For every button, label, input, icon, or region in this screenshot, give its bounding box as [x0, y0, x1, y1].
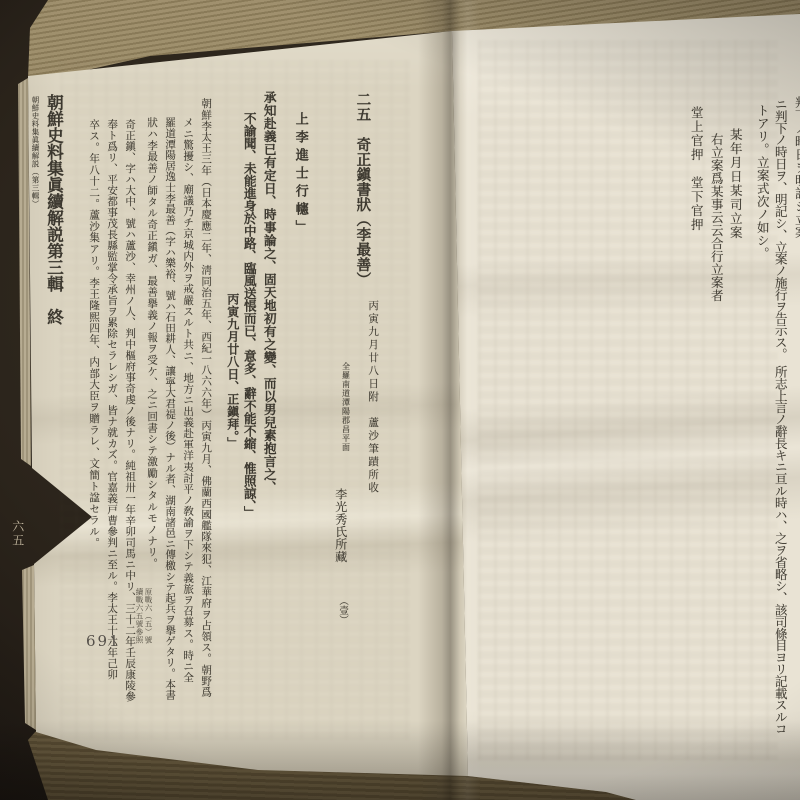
- item-date-source-note: 丙寅九月廿八日附 蘆沙筆蹟所收: [367, 300, 378, 495]
- letter-line-3: 不諭聞、未能進身於中路、臨風送悵而已、意多、辭不能不縮、惟照諒、」: [243, 112, 256, 518]
- kaisetsu-line-5: 奇正鎭、字ハ大中、號ハ蘆沙、幸州ノ人、判中樞府事奇虔ノ後ナリ。純祖卅一年辛卯司馬…: [124, 119, 135, 702]
- kaisetsu-reference-note-line: 續戰六五號參照: [135, 588, 144, 644]
- kaisetsu-line-3: 羅道潭陽居逸士李最善（字ハ樂裕、號ハ石田耕人、讓寧大君禔ノ後）ナル者、湖南諸邑ニ…: [164, 117, 175, 700]
- right-page-form-line-3: 堂上官押 堂下官押: [690, 106, 703, 232]
- item-owner-address: 全羅南道潭陽郡昌平面: [341, 362, 349, 452]
- volume-end-title: 朝鮮史料集眞續解説第三輯 終: [45, 94, 62, 325]
- running-title: 朝鮮史料集眞續解説（第三輯）: [31, 96, 39, 208]
- right-page-quote-line-1: ニ判下ノ時日ヲ、明記シ、立案ノ施行ヲ告示ス。 所志上言ノ辭長キニ亘ル時ハ、之ヲ省…: [774, 98, 787, 734]
- letter-dateline: 丙寅九月廿八日、正鎭拜。」: [226, 293, 239, 450]
- letter-line-1: 上李進士行幰」: [293, 112, 307, 238]
- kaisetsu-reference-note-line: 原戰六（五）號: [144, 588, 153, 644]
- letter-line-2: 承知赴義已有定日、時事論之、固天地初有之變、而以男兒素抱言之、: [263, 91, 276, 494]
- page-number: 691: [86, 632, 121, 650]
- right-page-quote-edge-cut: 判下ノ時日ヲ明記シ立案: [794, 96, 800, 239]
- kaisetsu-line-6: 奉ト爲リ、平安都事茂長縣監掌令承旨ヲ累除セラレシガ、皆ナ就カズ。官嘉義戸曹參判ニ…: [106, 119, 117, 680]
- right-page-quote-line-2: トアリ。立案式次ノ如シ。: [756, 104, 769, 260]
- right-page-form-line-2: 右立案爲某事云云合行立案者: [710, 133, 723, 302]
- kaisetsu-line-4: 狀ハ李最善ノ師タル奇正鎭ガ、最善擧義ノ報ヲ受ケ、之ニ回書シテ激勵シタルモノナリ。: [146, 117, 157, 569]
- right-page-form-line-1: 某年月日某司立案: [729, 128, 742, 240]
- kaisetsu-line-1: 朝鮮李太王三年（日本慶應二年、淸同治五年、西紀一八六六年）丙寅九月、佛蘭西國艦隊…: [200, 98, 211, 697]
- book-photo: 判下ノ時日ヲ明記シ立案ニ判下ノ時日ヲ、明記シ、立案ノ施行ヲ告示ス。 所志上言ノ辭…: [0, 0, 800, 800]
- leaf-number: 六五: [11, 520, 24, 548]
- kaisetsu-line-7: 卒ス。年八十二。蘆沙集アリ。李王隆熙四年、内部大臣ヲ贈ラレ、文簡ト諡セラル。: [88, 119, 99, 548]
- kaisetsu-reference-note: 原戰六（五）號續戰六五號參照: [135, 588, 153, 644]
- item-owner-name: 李光秀氏所藏: [334, 488, 347, 563]
- item-heading: 二五 奇正鎭書狀（李最善）: [355, 92, 370, 287]
- item-owner-count: （壹）: [337, 596, 347, 625]
- kaisetsu-line-2: メニ驚擾シ、廟議乃チ京城内外ヲ戒嚴スルト共ニ、地方ニ出義赴軍洋夷討平ノ敎諭ヲ下シ…: [182, 117, 193, 683]
